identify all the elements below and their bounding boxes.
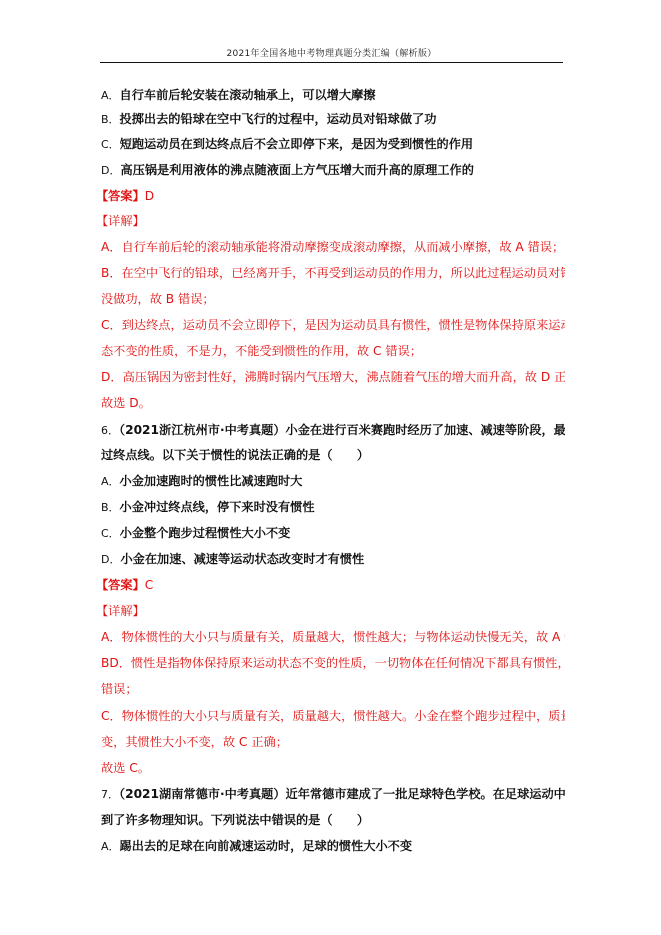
option-label: A．	[101, 89, 120, 102]
q5-detail-line: B．在空中飞行的铅球，已经离开手，不再受到运动员的作用力，所以此过程运动员对铅球	[101, 265, 565, 281]
q6-detail-line: C．物体惯性的大小只与质量有关，质量越大，惯性越大。小金在整个跑步过程中，质量不	[101, 708, 565, 724]
q6-detail-line: A．物体惯性的大小只与质量有关，质量越大，惯性越大；与物体运动快慢无关，故 A …	[101, 629, 565, 645]
q7-stem: 7．（2021湖南常德市·中考真题）近年常德市建成了一批足球特色学校。在足球运动…	[101, 786, 565, 803]
q5-option-b: B．投掷出去的铅球在空中飞行的过程中，运动员对铅球做了功	[101, 111, 565, 128]
option-label: A．	[101, 475, 120, 488]
option-label: C．	[101, 138, 120, 151]
option-text: 自行车前后轮安装在滚动轴承上，可以增大摩擦	[120, 88, 376, 102]
q5-option-d: D．高压锅是利用液体的沸点随液面上方气压增大而升高的原理工作的	[101, 162, 565, 179]
q6-option-a: A．小金加速跑时的惯性比减速跑时大	[101, 473, 565, 490]
q6-option-b: B．小金冲过终点线，停下来时没有惯性	[101, 499, 565, 516]
q5-detail-line: C．到达终点，运动员不会立即停下，是因为运动员具有惯性，惯性是物体保持原来运动状	[101, 317, 565, 333]
question-stem: 小金在进行百米赛跑时经历了加速、减速等阶段，最终冲	[286, 423, 565, 437]
question-source: （2021浙江杭州市·中考真题）	[119, 423, 286, 437]
option-text: 小金在加速、减速等运动状态改变时才有惯性	[120, 552, 364, 566]
option-label: B．	[101, 113, 120, 126]
option-label: C．	[101, 527, 120, 540]
header-divider	[100, 62, 563, 63]
q5-detail-line: A．自行车前后轮的滚动轴承能将滑动摩擦变成滚动摩擦，从而减小摩擦，故 A 错误；	[101, 239, 565, 255]
q6-stem: 6．（2021浙江杭州市·中考真题）小金在进行百米赛跑时经历了加速、减速等阶段，…	[101, 422, 565, 439]
q6-detail-heading: 【详解】	[96, 603, 560, 619]
q7-option-a: A．踢出去的足球在向前减速运动时，足球的惯性大小不变	[101, 838, 565, 855]
q6-conclusion: 故选 C。	[101, 760, 565, 776]
q5-option-c: C．短跑运动员在到达终点后不会立即停下来，是因为受到惯性的作用	[101, 136, 565, 153]
detail-tag: 【详解】	[96, 604, 145, 618]
question-number: 7．	[101, 788, 119, 801]
option-text: 小金整个跑步过程惯性大小不变	[120, 526, 291, 540]
question-source: （2021湖南常德市·中考真题）	[119, 787, 286, 801]
option-label: D．	[101, 164, 120, 177]
option-label: A．	[101, 840, 120, 853]
question-number: 6．	[101, 424, 119, 437]
q5-answer: 【答案】D	[96, 188, 560, 204]
option-text: 投掷出去的铅球在空中飞行的过程中，运动员对铅球做了功	[120, 112, 437, 126]
question-stem: 近年常德市建成了一批足球特色学校。在足球运动中涉及	[286, 787, 565, 801]
detail-tag: 【详解】	[96, 214, 145, 228]
option-text: 小金加速跑时的惯性比减速跑时大	[120, 474, 303, 488]
answer-value: D	[145, 189, 154, 203]
answer-tag: 【答案】	[96, 189, 145, 203]
q5-detail-line: D．高压锅因为密封性好，沸腾时锅内气压增大，沸点随着气压的增大而升高，故 D 正…	[101, 369, 565, 385]
option-label: B．	[101, 501, 120, 514]
q6-stem-line2: 过终点线。以下关于惯性的说法正确的是（ ）	[101, 447, 565, 463]
q6-option-d: D．小金在加速、减速等运动状态改变时才有惯性	[101, 551, 565, 568]
option-text: 小金冲过终点线，停下来时没有惯性	[120, 500, 315, 514]
q6-answer: 【答案】C	[96, 577, 560, 593]
q5-detail-line: 没做功，故 B 错误；	[101, 291, 565, 307]
option-text: 短跑运动员在到达终点后不会立即停下来，是因为受到惯性的作用	[120, 137, 473, 151]
q7-stem-line2: 到了许多物理知识。下列说法中错误的是（ ）	[101, 812, 565, 828]
answer-value: C	[145, 578, 154, 592]
q6-detail-line: 变，其惯性大小不变，故 C 正确；	[101, 734, 565, 750]
q5-detail-line: 态不变的性质，不是力，不能受到惯性的作用，故 C 错误；	[101, 343, 565, 359]
answer-tag: 【答案】	[96, 578, 145, 592]
q6-option-c: C．小金整个跑步过程惯性大小不变	[101, 525, 565, 542]
document-page: 2021年全国各地中考物理真题分类汇编（解析版） A．自行车前后轮安装在滚动轴承…	[0, 0, 661, 935]
option-label: D．	[101, 553, 120, 566]
page-header-title: 2021年全国各地中考物理真题分类汇编（解析版）	[100, 46, 563, 59]
q6-detail-line: BD．惯性是指物体保持原来运动状态不变的性质，一切物体在任何情况下都具有惯性，故…	[101, 655, 565, 671]
option-text: 高压锅是利用液体的沸点随液面上方气压增大而升高的原理工作的	[120, 163, 473, 177]
q5-detail-heading: 【详解】	[96, 213, 560, 229]
q6-detail-line: 错误；	[101, 681, 565, 697]
q5-option-a: A．自行车前后轮安装在滚动轴承上，可以增大摩擦	[101, 87, 565, 104]
option-text: 踢出去的足球在向前减速运动时，足球的惯性大小不变	[120, 839, 413, 853]
q5-conclusion: 故选 D。	[101, 395, 565, 411]
